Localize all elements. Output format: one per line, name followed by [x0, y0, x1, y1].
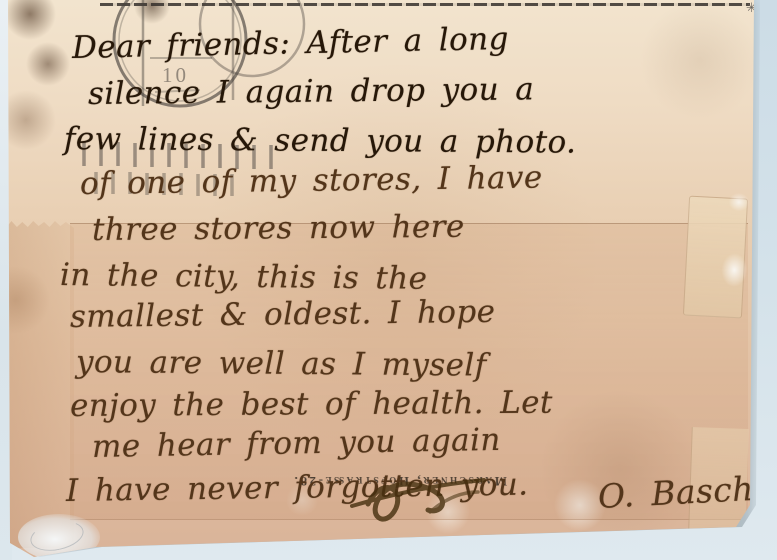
scanned-postcard-photo: ✳ 10 Marschner, Hofstraße-28. Dear frien…: [0, 0, 777, 560]
handwriting-line: in the city, this is the: [60, 257, 428, 297]
handwriting-line: of one of my stores, I have: [80, 160, 543, 202]
handwriting-line: I have never forgotten you.: [66, 467, 529, 509]
printed-border-line: [100, 3, 750, 6]
handwriting-line: Dear friends: After a long: [72, 21, 510, 66]
handwriting-line: enjoy the best of health. Let: [70, 385, 553, 424]
handwriting-line: smallest & oldest. I hope: [70, 294, 496, 335]
tape-piece-right-top: [683, 196, 748, 319]
handwriting-line: few lines & send you a photo.: [64, 121, 577, 161]
handwriting-line: silence I again drop you a: [88, 71, 535, 112]
printed-border-asterisk: ✳: [746, 0, 757, 16]
handwriting-line: you are well as I myself: [76, 344, 487, 384]
tape-blob-bottom-left-corner: [18, 514, 100, 560]
handwriting-signature: O. Basch.: [597, 468, 766, 516]
handwriting-line: me hear from you again: [92, 422, 501, 465]
handwriting-line: three stores now here: [92, 209, 465, 248]
postcard: ✳ 10 Marschner, Hofstraße-28. Dear frien…: [0, 0, 777, 560]
